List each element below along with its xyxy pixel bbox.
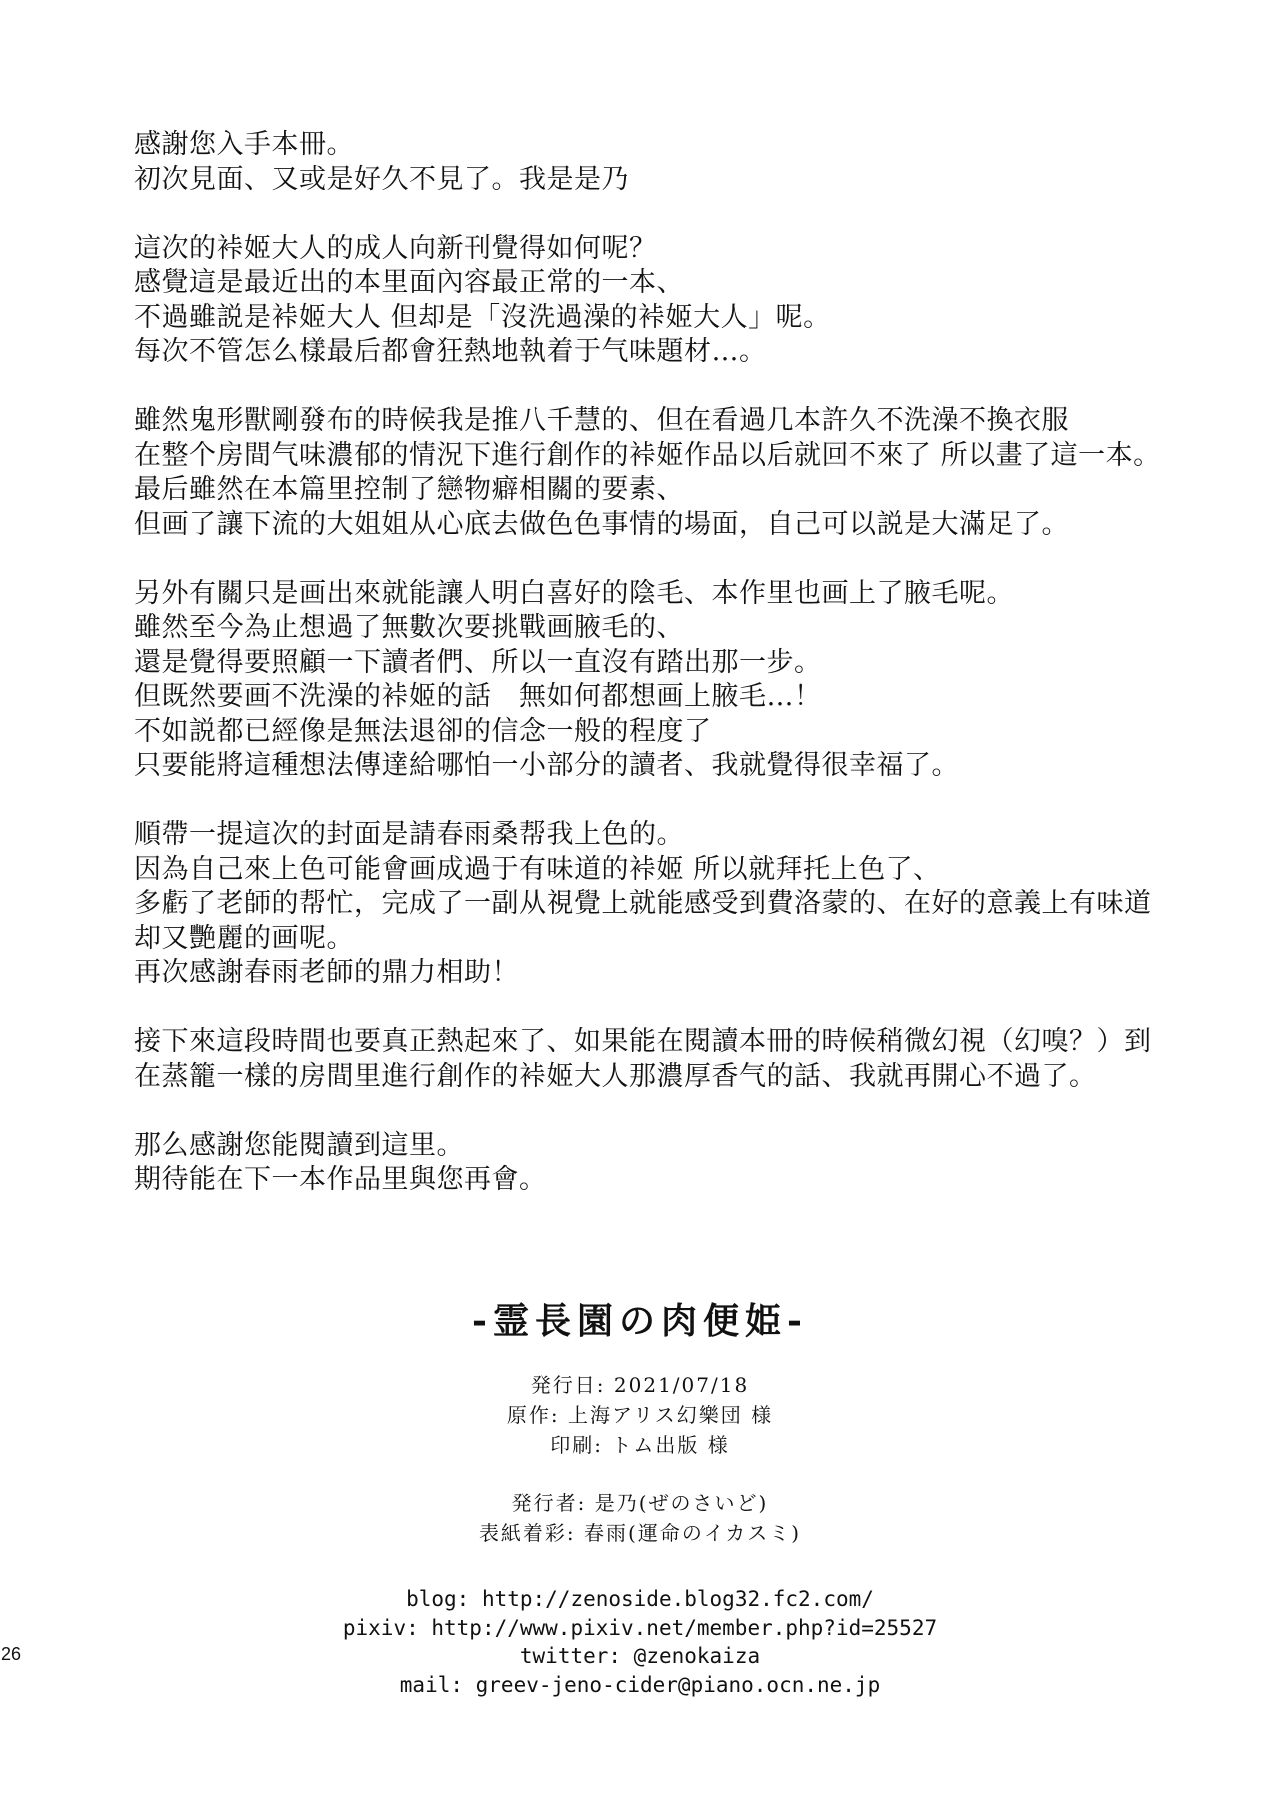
text-line: 雖然鬼形獸剛發布的時候我是推八千慧的、但在看過几本許久不洗澡不換衣服 (134, 404, 1194, 439)
contact-links: blog: http://zenoside.blog32.fc2.com/ pi… (0, 1585, 1280, 1699)
text-line: 初次見面、又或是好久不見了。我是是乃 (134, 163, 1194, 198)
text-line: 感謝您入手本冊。 (134, 128, 1194, 163)
text-line: 却又艷麗的画呢。 (134, 922, 1194, 957)
text-line: 那么感謝您能閱讀到這里。 (134, 1129, 1194, 1164)
text-line: 在蒸籠一樣的房間里進行創作的裃姬大人那濃厚香气的話、我就再開心不過了。 (134, 1060, 1194, 1095)
pixiv-link: pixiv: http://www.pixiv.net/member.php?i… (0, 1614, 1280, 1643)
text-line: 感覺這是最近出的本里面內容最正常的一本、 (134, 266, 1194, 301)
text-line: 每次不管怎么樣最后都會狂熱地執着于气味題材…。 (134, 335, 1194, 370)
text-line: 不如説都已經像是無法退卻的信念一般的程度了 (134, 715, 1194, 750)
text-line: 因為自己來上色可能會画成過于有味道的裃姬 所以就拜托上色了、 (134, 853, 1194, 888)
staff-info: 発行者: 是乃(ぜのさいど) 表紙着彩: 春雨(運命のイカスミ) (0, 1488, 1280, 1548)
text-line: 雖然至今為止想過了無數次要挑戰画腋毛的、 (134, 611, 1194, 646)
paragraph-cover-thanks: 順帶一提這次的封面是請春雨桑帮我上色的。 因為自己來上色可能會画成過于有味道的裃… (134, 818, 1194, 991)
text-line: 期待能在下一本作品里與您再會。 (134, 1163, 1194, 1198)
text-line: 這次的裃姬大人的成人向新刊覺得如何呢？ (134, 232, 1194, 267)
text-line: 但画了讓下流的大姐姐从心底去做色色事情的場面，自己可以説是大滿足了。 (134, 508, 1194, 543)
original-work-credit: 原作: 上海アリス幻樂団 様 (0, 1400, 1280, 1430)
text-line: 再次感謝春雨老師的鼎力相助！ (134, 956, 1194, 991)
text-line: 另外有關只是画出來就能讓人明白喜好的陰毛、本作里也画上了腋毛呢。 (134, 577, 1194, 612)
publication-info: 発行日: 2021/07/18 原作: 上海アリス幻樂団 様 印刷: トム出版 … (0, 1370, 1280, 1460)
publisher-credit: 発行者: 是乃(ぜのさいど) (0, 1488, 1280, 1518)
paragraph-greeting: 感謝您入手本冊。 初次見面、又或是好久不見了。我是是乃 (134, 128, 1194, 197)
cover-color-credit: 表紙着彩: 春雨(運命のイカスミ) (0, 1518, 1280, 1548)
text-line: 最后雖然在本篇里控制了戀物癖相關的要素、 (134, 473, 1194, 508)
paragraph-details: 另外有關只是画出來就能讓人明白喜好的陰毛、本作里也画上了腋毛呢。 雖然至今為止想… (134, 577, 1194, 784)
paragraph-motivation: 雖然鬼形獸剛發布的時候我是推八千慧的、但在看過几本許久不洗澡不換衣服 在整个房間… (134, 404, 1194, 542)
text-line: 還是覺得要照顧一下讀者們、所以一直沒有踏出那一步。 (134, 646, 1194, 681)
text-line: 只要能將這種想法傳達給哪怕一小部分的讀者、我就覺得很幸福了。 (134, 749, 1194, 784)
paragraph-closing: 那么感謝您能閱讀到這里。 期待能在下一本作品里與您再會。 (134, 1129, 1194, 1198)
text-line: 順帶一提這次的封面是請春雨桑帮我上色的。 (134, 818, 1194, 853)
printer-credit: 印刷: トム出版 様 (0, 1430, 1280, 1460)
text-line: 在整个房間气味濃郁的情況下進行創作的裃姬作品以后就回不來了 所以畫了這一本。 (134, 439, 1194, 474)
afterword-text: 感謝您入手本冊。 初次見面、又或是好久不見了。我是是乃 這次的裃姬大人的成人向新… (134, 128, 1194, 1232)
text-line: 但既然要画不洗澡的裃姬的話 無如何都想画上腋毛…！ (134, 680, 1194, 715)
paragraph-new-book: 這次的裃姬大人的成人向新刊覺得如何呢？ 感覺這是最近出的本里面內容最正常的一本、… (134, 232, 1194, 370)
publication-date: 発行日: 2021/07/18 (0, 1370, 1280, 1400)
blog-link: blog: http://zenoside.blog32.fc2.com/ (0, 1585, 1280, 1614)
text-line: 接下來這段時間也要真正熱起來了、如果能在閱讀本冊的時候稍微幻視（幻嗅？）到 (134, 1025, 1194, 1060)
book-title: -霊長園の肉便姫- (0, 1293, 1280, 1344)
paragraph-summer: 接下來這段時間也要真正熱起來了、如果能在閱讀本冊的時候稍微幻視（幻嗅？）到 在蒸… (134, 1025, 1194, 1094)
page-number: 26 (1, 1644, 21, 1665)
mail-address: mail: greev-jeno-cider@piano.ocn.ne.jp (0, 1671, 1280, 1700)
text-line: 不過雖説是裃姬大人 但却是「沒洗過澡的裃姬大人」呢。 (134, 301, 1194, 336)
twitter-handle: twitter: @zenokaiza (0, 1642, 1280, 1671)
text-line: 多虧了老師的帮忙，完成了一副从視覺上就能感受到費洛蒙的、在好的意義上有味道 (134, 887, 1194, 922)
